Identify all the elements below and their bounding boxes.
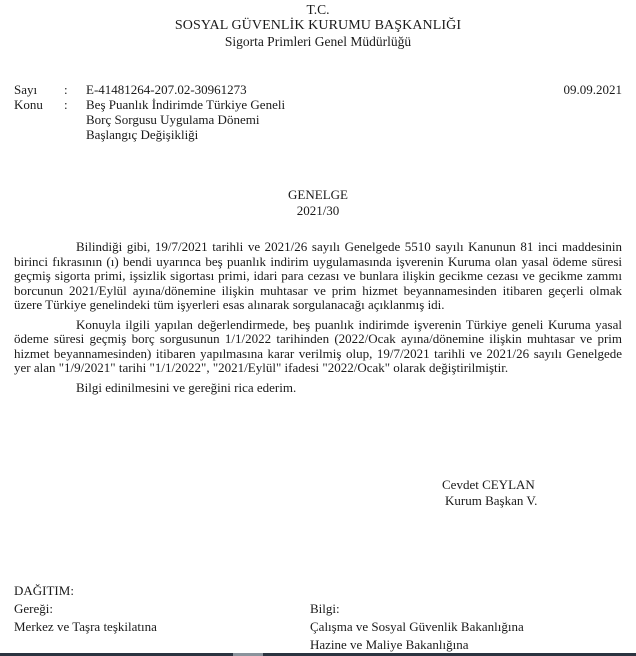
sayi-label: Sayı	[14, 82, 64, 97]
bilgi-column: Bilgi: Çalışma ve Sosyal Güvenlik Bakanl…	[310, 600, 624, 654]
gereği-item: Merkez ve Taşra teşkilatına	[14, 618, 310, 636]
distribution-heading: DAĞITIM:	[14, 582, 624, 600]
body-paragraph: Bilgi edinilmesini ve gereğini rica eder…	[14, 381, 622, 396]
sayi-row: Sayı : E-41481264-207.02-30961273	[14, 82, 624, 97]
document-type: GENELGE	[0, 187, 636, 203]
document-number: 2021/30	[0, 203, 636, 219]
konu-row: Konu : Beş Puanlık İndirimde Türkiye Gen…	[14, 97, 624, 142]
document-date: 09.09.2021	[564, 82, 623, 97]
konu-value: Beş Puanlık İndirimde Türkiye Geneli Bor…	[86, 97, 624, 142]
body-paragraph: Konuyla ilgili yapılan değerlendirmede, …	[14, 318, 622, 376]
signatory-name: Cevdet CEYLAN	[442, 477, 537, 493]
sayi-value: E-41481264-207.02-30961273	[86, 82, 624, 97]
document-body: Bilindiği gibi, 19/7/2021 tarihli ve 202…	[14, 240, 622, 400]
letterhead: T.C. SOSYAL GÜVENLİK KURUMU BAŞKANLIĞI S…	[0, 2, 636, 50]
konu-line: Başlangıç Değişikliği	[86, 127, 624, 142]
letterhead-department: Sigorta Primleri Genel Müdürlüğü	[0, 34, 636, 50]
document-page: T.C. SOSYAL GÜVENLİK KURUMU BAŞKANLIĞI S…	[0, 0, 636, 654]
signatory-role: Kurum Başkan V.	[442, 493, 537, 509]
konu-line: Beş Puanlık İndirimde Türkiye Geneli	[86, 97, 624, 112]
bilgi-item: Hazine ve Maliye Bakanlığına	[310, 636, 624, 654]
distribution-columns: Gereği: Merkez ve Taşra teşkilatına Bilg…	[14, 600, 624, 654]
konu-line: Borç Sorgusu Uygulama Dönemi	[86, 112, 624, 127]
konu-separator: :	[64, 97, 86, 142]
body-paragraph: Bilindiği gibi, 19/7/2021 tarihli ve 202…	[14, 240, 622, 313]
gereği-column: Gereği: Merkez ve Taşra teşkilatına	[14, 600, 310, 654]
bilgi-label: Bilgi:	[310, 600, 624, 618]
letterhead-tc: T.C.	[0, 2, 636, 18]
distribution-block: DAĞITIM: Gereği: Merkez ve Taşra teşkila…	[14, 582, 624, 654]
letterhead-institution: SOSYAL GÜVENLİK KURUMU BAŞKANLIĞI	[0, 18, 636, 34]
sayi-separator: :	[64, 82, 86, 97]
bilgi-item: Çalışma ve Sosyal Güvenlik Bakanlığına	[310, 618, 624, 636]
document-meta: Sayı : E-41481264-207.02-30961273 Konu :…	[14, 82, 624, 142]
signature-block: Cevdet CEYLAN Kurum Başkan V.	[442, 477, 537, 509]
document-title: GENELGE 2021/30	[0, 187, 636, 219]
konu-label: Konu	[14, 97, 64, 142]
gereği-label: Gereği:	[14, 600, 310, 618]
